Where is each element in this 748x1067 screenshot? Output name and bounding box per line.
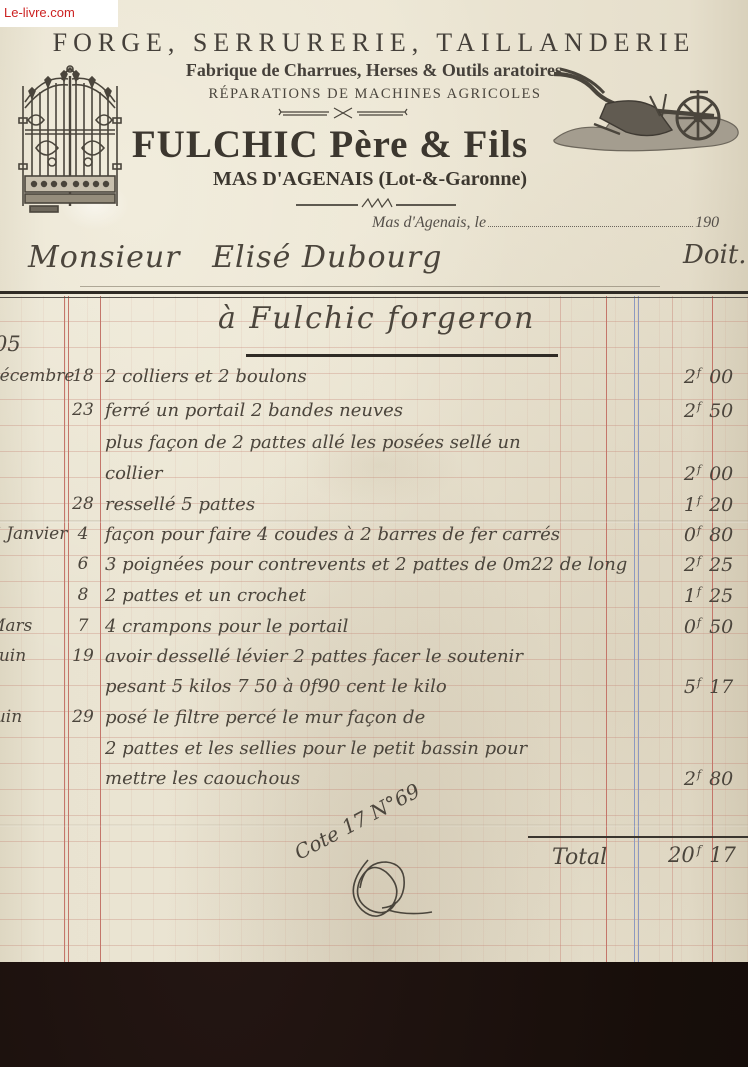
row-centimes: 50 xyxy=(709,616,733,638)
row-description: collier xyxy=(105,463,162,484)
table-row: plus façon de 2 pattes allé les posées s… xyxy=(0,432,748,462)
bill-to-line: Monsieur Elisé Dubourg xyxy=(28,240,442,275)
table-row: 82 pattes et un crochet1f25 xyxy=(0,585,748,615)
row-amount: 2f00 xyxy=(676,463,742,485)
letterhead-trade-title: FORGE, SERRURERIE, TAILLANDERIE xyxy=(0,28,748,58)
invoice-paper: FORGE, SERRURERIE, TAILLANDERIE Fabrique… xyxy=(0,0,748,962)
row-amount: 2f00 xyxy=(676,366,742,388)
row-description: façon pour faire 4 coudes à 2 barres de … xyxy=(105,524,560,545)
total-amount: 20f17 xyxy=(668,843,736,867)
company-name: FULCHIC Père & Fils xyxy=(0,122,660,167)
row-francs: 2 xyxy=(676,400,696,422)
row-centimes: 00 xyxy=(709,463,733,485)
row-centimes: 20 xyxy=(709,494,733,516)
header-separator-rule-thin xyxy=(0,297,748,298)
year-note: 05 xyxy=(0,332,21,356)
franc-symbol: f xyxy=(697,400,701,413)
row-month: Juin xyxy=(0,707,22,727)
row-month: Mars xyxy=(0,616,32,636)
signature-flourish xyxy=(330,848,440,933)
row-francs: 1 xyxy=(676,494,696,516)
franc-symbol: f xyxy=(697,768,701,781)
row-month: Décembre xyxy=(0,366,74,386)
row-description: ressellé 5 pattes xyxy=(105,494,255,515)
franc-symbol: f xyxy=(697,843,701,857)
table-row: Juin19avoir dessellé lévier 2 pattes fac… xyxy=(0,646,748,676)
row-description: pesant 5 kilos 7 50 à 0f90 cent le kilo xyxy=(105,676,447,697)
row-month: 6 Janvier xyxy=(0,524,67,544)
table-row: 23ferré un portail 2 bandes neuves2f50 xyxy=(0,400,748,430)
row-day: 23 xyxy=(68,400,98,420)
row-day: 28 xyxy=(68,494,98,514)
row-day: 6 xyxy=(68,554,98,574)
franc-symbol: f xyxy=(697,524,701,537)
table-row: 63 poignées pour contrevents et 2 pattes… xyxy=(0,554,748,584)
dateline-prefix: Mas d'Agenais, le xyxy=(372,214,486,231)
row-francs: 0 xyxy=(676,616,696,638)
franc-symbol: f xyxy=(697,554,701,567)
total-francs: 20 xyxy=(668,843,695,867)
row-centimes: 50 xyxy=(709,400,733,422)
franc-symbol: f xyxy=(697,463,701,476)
row-description: avoir dessellé lévier 2 pattes facer le … xyxy=(105,646,523,667)
row-amount: 1f25 xyxy=(676,585,742,607)
salutation: Monsieur xyxy=(28,240,181,275)
customer-name: Elisé Dubourg xyxy=(212,240,442,275)
row-day: 29 xyxy=(68,707,98,727)
scanned-invoice-photo: FORGE, SERRURERIE, TAILLANDERIE Fabrique… xyxy=(0,0,748,1067)
table-row: 2 pattes et les sellies pour le petit ba… xyxy=(0,738,748,768)
row-day: 19 xyxy=(68,646,98,666)
row-description: 3 poignées pour contrevents et 2 pattes … xyxy=(105,554,627,575)
seller-watermark: Le-livre.com xyxy=(0,0,118,27)
table-row: Juin29posé le filtre percé le mur façon … xyxy=(0,707,748,737)
dateline-blank xyxy=(488,212,693,227)
row-centimes: 17 xyxy=(709,676,733,698)
total-centimes: 17 xyxy=(709,843,736,867)
row-francs: 2 xyxy=(676,554,696,576)
row-francs: 1 xyxy=(676,585,696,607)
row-centimes: 25 xyxy=(709,554,733,576)
dateline-year-stub: 190 xyxy=(695,214,719,231)
table-row: pesant 5 kilos 7 50 à 0f90 cent le kilo5… xyxy=(0,676,748,706)
franc-symbol: f xyxy=(697,676,701,689)
invoice-subtitle: à Fulchic forgeron xyxy=(218,301,535,336)
franc-symbol: f xyxy=(697,585,701,598)
dateline: Mas d'Agenais, le190 xyxy=(372,212,732,232)
row-amount: 1f20 xyxy=(676,494,742,516)
row-day: 8 xyxy=(68,585,98,605)
row-francs: 2 xyxy=(676,768,696,790)
row-centimes: 00 xyxy=(709,366,733,388)
row-centimes: 25 xyxy=(709,585,733,607)
row-day: 7 xyxy=(68,616,98,636)
table-row: collier2f00 xyxy=(0,463,748,493)
franc-symbol: f xyxy=(697,616,701,629)
company-location: MAS D'AGENAIS (Lot-&-Garonne) xyxy=(0,168,740,191)
row-day: 4 xyxy=(68,524,98,544)
row-amount: 2f80 xyxy=(676,768,742,790)
table-row: Mars74 crampons pour le portail0f50 xyxy=(0,616,748,646)
row-amount: 2f50 xyxy=(676,400,742,422)
row-description: 2 pattes et les sellies pour le petit ba… xyxy=(105,738,527,759)
row-day: 18 xyxy=(68,366,98,386)
row-amount: 2f25 xyxy=(676,554,742,576)
total-rule xyxy=(528,836,748,838)
subtitle-underline xyxy=(246,354,558,357)
row-amount: 0f80 xyxy=(676,524,742,546)
row-francs: 5 xyxy=(676,676,696,698)
row-description: ferré un portail 2 bandes neuves xyxy=(105,400,403,421)
row-description: 2 pattes et un crochet xyxy=(105,585,306,606)
bill-to-underline xyxy=(80,286,660,287)
row-description: posé le filtre percé le mur façon de xyxy=(105,707,425,728)
row-francs: 2 xyxy=(676,366,696,388)
row-francs: 2 xyxy=(676,463,696,485)
doit-label: Doit. xyxy=(683,240,747,270)
row-amount: 5f17 xyxy=(676,676,742,698)
row-francs: 0 xyxy=(676,524,696,546)
table-row: mettre les caouchous2f80 xyxy=(0,768,748,798)
row-centimes: 80 xyxy=(709,524,733,546)
total-label: Total xyxy=(552,845,607,870)
franc-symbol: f xyxy=(697,494,701,507)
row-centimes: 80 xyxy=(709,768,733,790)
table-row: Décembre182 colliers et 2 boulons2f00 xyxy=(0,366,748,396)
row-description: plus façon de 2 pattes allé les posées s… xyxy=(105,432,521,453)
row-description: 2 colliers et 2 boulons xyxy=(105,366,307,387)
row-month: Juin xyxy=(0,646,26,666)
franc-symbol: f xyxy=(697,366,701,379)
table-row: 28ressellé 5 pattes1f20 xyxy=(0,494,748,524)
row-description: 4 crampons pour le portail xyxy=(105,616,348,637)
header-separator-rule xyxy=(0,291,748,294)
row-description: mettre les caouchous xyxy=(105,768,300,789)
row-amount: 0f50 xyxy=(676,616,742,638)
table-row: 6 Janvier4façon pour faire 4 coudes à 2 … xyxy=(0,524,748,554)
